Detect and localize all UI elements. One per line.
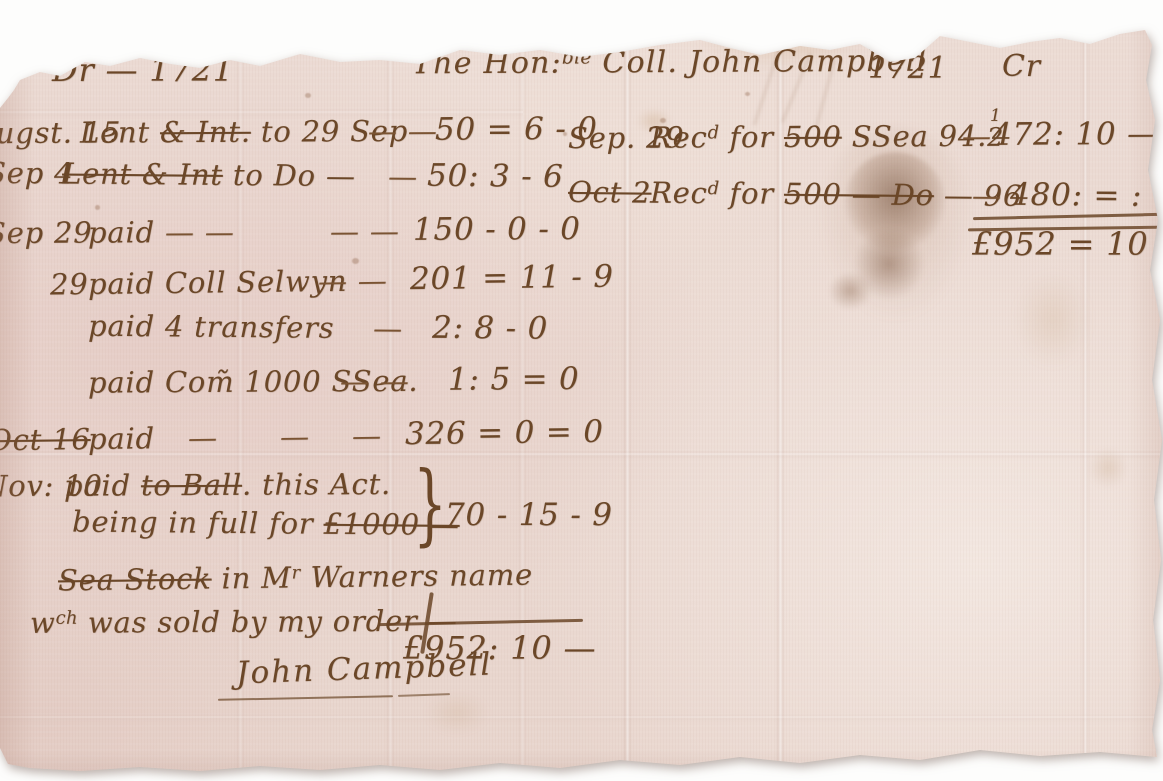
entry-amount: 2: 8 - 0 (432, 309, 548, 349)
entry-text-struck: to Ball (141, 468, 242, 503)
credit-column-heading: Cr (1002, 48, 1041, 86)
entry-text: . this Act. (242, 467, 391, 502)
entry-description: paid (88, 420, 155, 457)
entry-text-struck: Sea Stock (58, 562, 212, 598)
entry-superscript: d (708, 122, 720, 143)
ledger-dashes: — (280, 418, 310, 455)
entry-amount: 201 = 11 - 9 (410, 258, 614, 299)
entry-text: Warners name (300, 558, 533, 595)
entry-description: paid 4 transfers (88, 308, 335, 346)
entry-description: paid Coll Selwyn (88, 263, 348, 302)
ledger-dashes: — — (330, 213, 400, 250)
signature: John Campbell (235, 646, 493, 694)
credit-total: £952 = 10 (972, 224, 1149, 264)
ink-fleck (745, 92, 750, 96)
entry-text: Rec (650, 176, 708, 211)
signature-underline-flourish (398, 693, 450, 697)
foxing-stain (425, 692, 489, 734)
entry-text: for (719, 176, 784, 211)
entry-text: for (719, 120, 784, 154)
entry-amount: 480: = : = (1010, 176, 1163, 216)
entry-text: Rec (650, 120, 708, 154)
ledger-dashes: — (373, 310, 403, 347)
grouping-brace: } (413, 460, 447, 548)
signature-underline (218, 695, 393, 701)
paper-sheet: Dr — 1721 The Hon:ble Coll. John Campbel… (0, 0, 1163, 781)
entry-text: in M (211, 561, 292, 596)
entry-description: Recd for 500 — Do — 96 (650, 175, 1023, 214)
ledger-row-debit: Oct 16 paid — — — 326 = 0 = 0 (0, 408, 1163, 466)
entry-description: Sea Stock in Mr Warners name (58, 557, 533, 599)
entry-superscript: ch (56, 608, 78, 629)
scanned-ledger-page: Dr — 1721 The Hon:ble Coll. John Campbel… (0, 0, 1163, 781)
entry-description: paid to Ball. this Act. (64, 466, 391, 504)
entry-superscript: d (708, 178, 720, 199)
ink-fleck (305, 93, 311, 98)
account-title: The Hon:ble Coll. John Campbell (412, 43, 928, 83)
entry-amount: 472: 10 — (992, 115, 1159, 155)
entry-text-struck: 500 (784, 120, 842, 154)
ledger-dashes: — (962, 118, 992, 154)
ledger-row-credit: Sep. 29 Recd for 500 SSea 94.12 — 472: 1… (0, 117, 1163, 167)
ledger-row-debit: Sea Stock in Mr Warners name (0, 549, 1163, 607)
account-title-superscript: ble (562, 47, 592, 68)
ledger-dashes: — — (318, 262, 388, 299)
ledger-dashes: — (188, 419, 218, 456)
ledger-dashes: — (972, 177, 1002, 214)
ledger-dashes: — (352, 417, 382, 454)
account-title-main: The Hon: (412, 46, 562, 82)
ledger-dashes: — — (165, 214, 235, 251)
entry-date: Oct 2 (568, 174, 652, 211)
header-year: 1721 (868, 50, 948, 88)
entry-text: w (30, 606, 56, 640)
entry-text: paid (64, 468, 141, 502)
entry-description: Recd for 500 SSea 94.12 (650, 118, 1004, 157)
entry-date: Sep 29 (0, 215, 93, 252)
entry-text: being in full for (72, 505, 324, 541)
entry-text-struck: 500 — Do (784, 177, 934, 212)
entry-date: Oct 16 (0, 421, 91, 459)
entry-amount: 326 = 0 = 0 (405, 413, 604, 454)
entry-description: paid (88, 214, 155, 251)
entry-text: was sold by my order (78, 604, 428, 640)
entry-superscript: r (291, 562, 300, 583)
fold-crease-horizontal (0, 713, 1163, 722)
entry-amount: 1: 5 = 0 (448, 360, 580, 399)
ledger-dashes: — — (340, 363, 410, 400)
entry-description: being in full for £1000 — (72, 504, 460, 544)
entry-amount: 70 - 15 - 9 (445, 496, 613, 535)
entry-date: 29 (50, 266, 89, 303)
debit-column-heading: Dr — 1721 (52, 50, 234, 90)
ledger-row-debit: paid Com̃ 1000 SSea. — — 1: 5 = 0 (0, 359, 1163, 409)
ledger-row-debit: paid 4 transfers — 2: 8 - 0 (0, 307, 1163, 361)
